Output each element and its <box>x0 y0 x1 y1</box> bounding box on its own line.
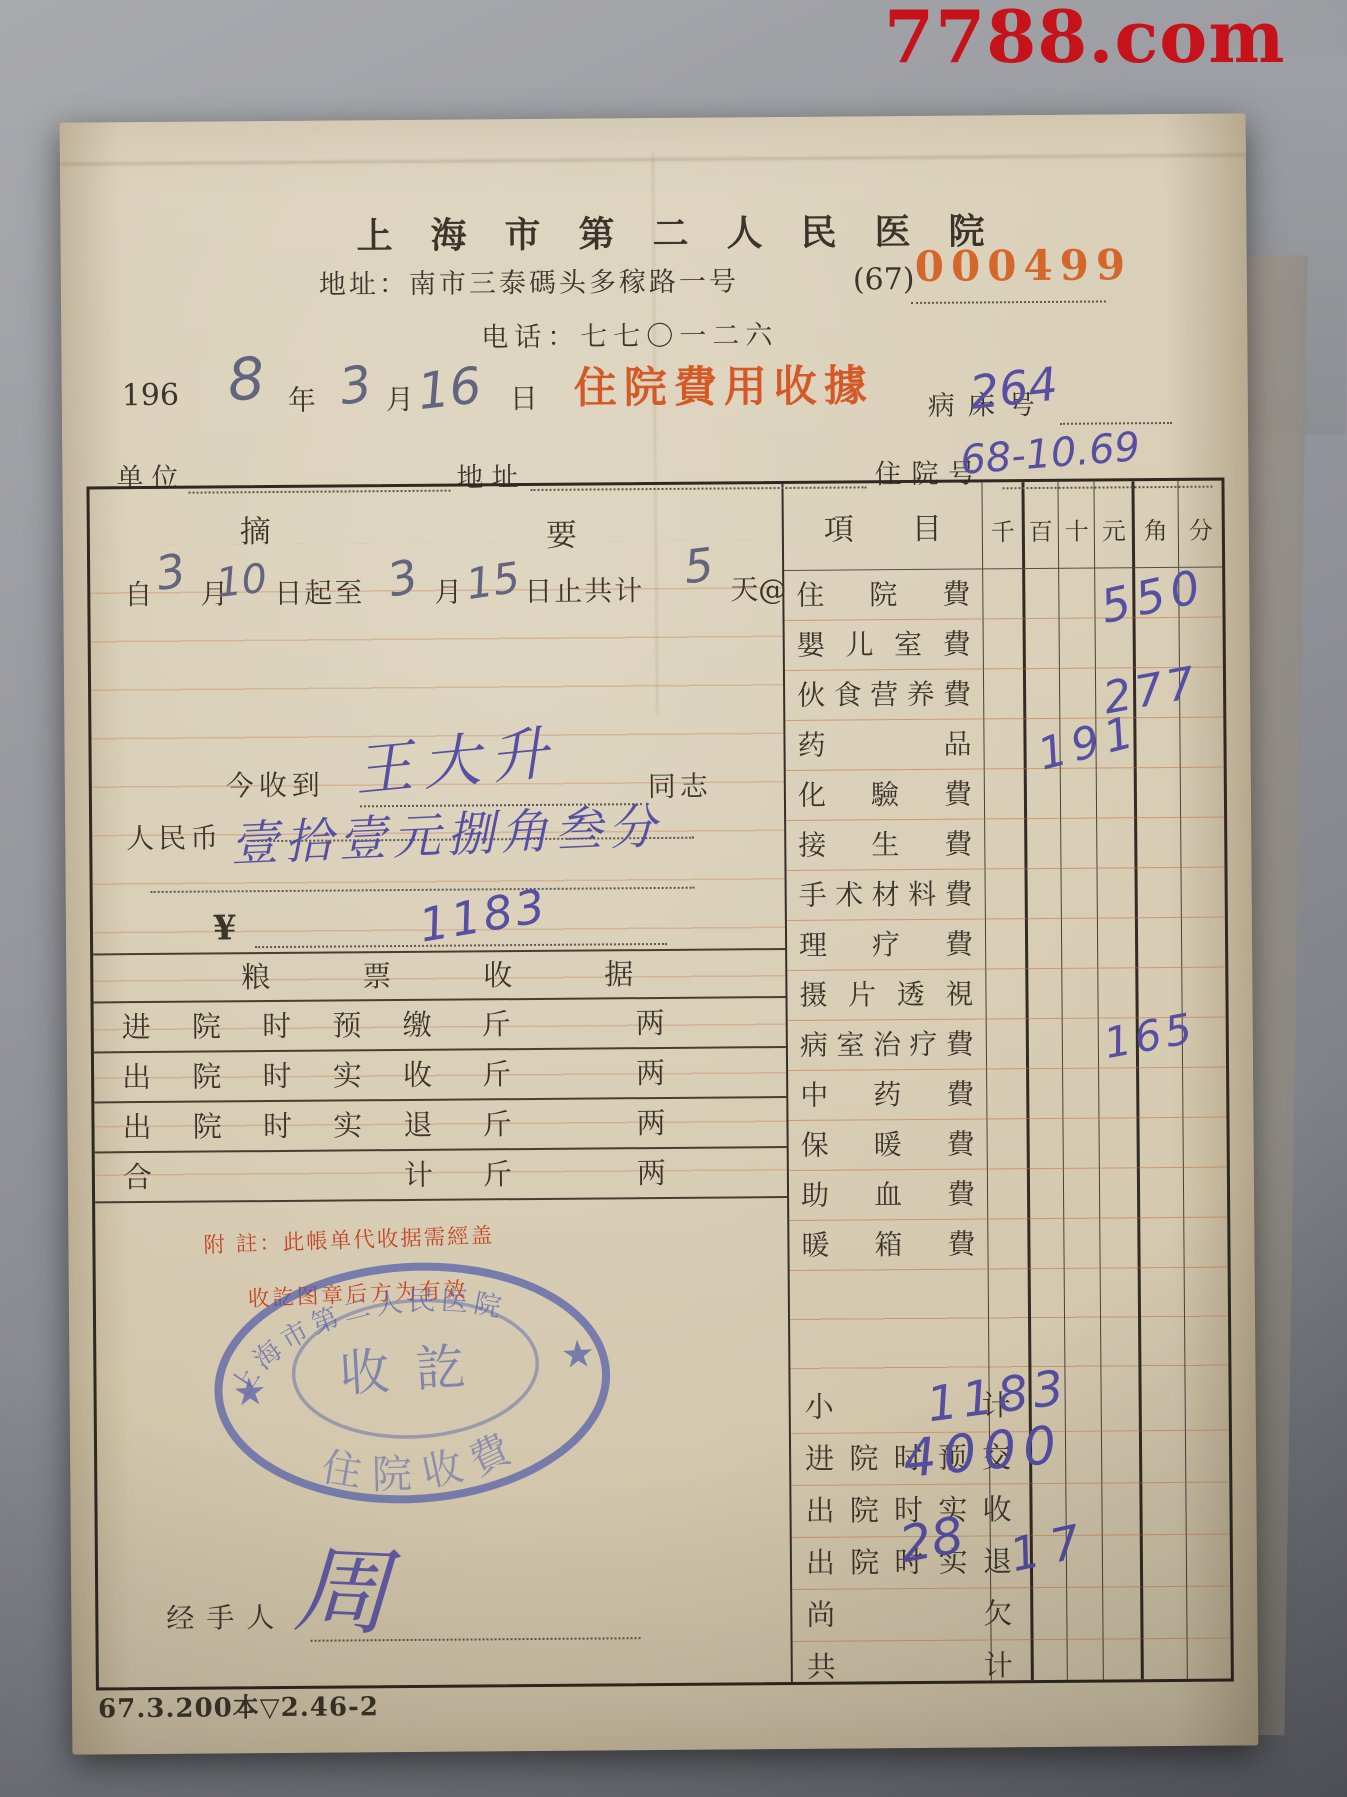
period-days-hand: 5 <box>681 537 716 594</box>
charge-row: 理疗費 <box>787 918 1227 971</box>
period-month2: 月 <box>434 571 462 611</box>
summary-header-right: 要 <box>546 510 577 555</box>
period-days-unit: 天@ <box>730 568 786 608</box>
item-header: 項 目 <box>783 482 982 570</box>
grain-row-label: 合计 <box>123 1151 433 1201</box>
digit-header-qian: 千 <box>988 512 1018 547</box>
period-end: 日止共计 <box>524 569 644 610</box>
charge-label: 手术材料費 <box>799 870 973 920</box>
hospital-round-stamp: 收訖 上海市第二人民医院 住院收費 ★ ★ <box>184 1232 640 1543</box>
stamp-star-right-icon: ★ <box>560 1331 597 1377</box>
day-unit: 日 <box>510 377 538 417</box>
stamp-center-text: 收訖 <box>338 1336 493 1403</box>
handler-label: 经手人 <box>166 1596 286 1637</box>
grain-ticket-table: 粮票收据 进院时预缴 斤 两 出院时实收 斤 两 出院时实退 斤 <box>93 948 787 1203</box>
grain-row-label: 出院时实收 <box>122 1051 432 1101</box>
grain-row: 进院时预缴 斤 两 <box>94 996 786 1051</box>
period-mid: 日起至 <box>274 571 364 612</box>
charge-label: 伙食营养費 <box>797 670 971 720</box>
charge-row: 中药費 <box>788 1068 1228 1121</box>
charge-label: 保暖費 <box>800 1120 974 1170</box>
charge-label: 病室治疗費 <box>800 1020 974 1070</box>
yen-sign: ¥ <box>213 908 237 948</box>
address-value: 南市三泰碼头多稼路一号 <box>409 266 739 300</box>
stamp-star-left-icon: ★ <box>231 1369 268 1415</box>
phone-line: 电话：七七〇一二六 <box>481 313 778 354</box>
charge-label: 中药費 <box>800 1070 974 1120</box>
charge-label: 理疗費 <box>799 920 973 970</box>
unit-liang: 两 <box>636 999 665 1047</box>
watermark-7788: 7788.com <box>884 0 1286 79</box>
charge-label: 药品 <box>797 720 971 770</box>
unit-jin: 斤 <box>482 1050 511 1098</box>
year-unit: 年 <box>288 379 316 419</box>
charges-column: 項 目 千 百 十 元 角 分 住院費 嬰儿室費 伙食营养費 药品 化驗費 接生… <box>781 481 1232 1682</box>
period-from: 自 <box>124 573 152 613</box>
admission-number-value: 68-10.69 <box>959 424 1142 484</box>
unit-liang: 两 <box>636 1099 665 1147</box>
period-day-from-hand: 10 <box>214 556 270 607</box>
month-unit: 月 <box>386 378 414 418</box>
digit-header-shi: 十 <box>1062 512 1092 547</box>
address-line: 地址：南市三泰碼头多稼路一号 <box>319 259 739 301</box>
grain-title-row: 粮票收据 <box>93 950 785 1001</box>
charge-row: 暖箱費 <box>789 1218 1229 1271</box>
print-code: 67.3.200本▽2.46-2 <box>98 1686 379 1725</box>
phone-label: 电话： <box>481 322 580 354</box>
grain-row: 出院时实收 斤 两 <box>94 1046 786 1101</box>
charge-row: 保暖費 <box>788 1118 1228 1171</box>
address-label: 地址： <box>319 269 409 301</box>
summary-header-left: 摘 <box>240 506 271 551</box>
unit-liang: 两 <box>637 1149 666 1197</box>
unit-jin: 斤 <box>482 1100 511 1148</box>
digit-header-fen: 分 <box>1186 511 1216 546</box>
unit-jin: 斤 <box>483 1150 512 1198</box>
received-label: 今收到 <box>226 764 325 805</box>
charge-row: 助血費 <box>789 1168 1229 1221</box>
charge-label: 暖箱費 <box>801 1220 975 1270</box>
grain-title: 粮票收据 <box>241 951 633 1000</box>
charges-header: 項 目 千 百 十 元 角 分 <box>783 481 1224 571</box>
digit-header-jiao: 角 <box>1141 511 1171 546</box>
receipt-paper: 上海市第二人民医院 地址：南市三泰碼头多稼路一号 (67) 000499 电话：… <box>60 113 1259 1754</box>
digit-header-yuan: 元 <box>1099 511 1129 546</box>
total-row: 尚欠 <box>792 1587 1232 1642</box>
charge-label: 助血費 <box>801 1170 975 1220</box>
photo-scene: 上海市第二人民医院 地址：南市三泰碼头多稼路一号 (67) 000499 电话：… <box>0 0 1347 1797</box>
blank-rows <box>790 1268 1231 1382</box>
total-row: 共计 <box>793 1639 1233 1691</box>
summary-column: 摘 要 自 月 日起至 月 日止共计 天@ 3 10 3 15 5 今收到 同志… <box>89 484 790 1687</box>
unit-liang: 两 <box>636 1049 665 1097</box>
charge-label: 接生費 <box>798 820 972 870</box>
charge-row: 化驗費 <box>786 768 1226 821</box>
charge-label: 嬰儿室費 <box>797 620 971 670</box>
item-header-right: 目 <box>912 504 942 548</box>
svg-text:住院收費: 住院收費 <box>315 1420 532 1504</box>
serial-underline <box>911 300 1106 304</box>
charge-label: 化驗費 <box>798 770 972 820</box>
rmb-label: 人民币 <box>126 816 222 857</box>
year-handwritten: 8 <box>225 344 267 415</box>
charge-row: 接生費 <box>786 818 1226 871</box>
charge-row: 手术材料費 <box>787 868 1227 921</box>
item-header-left: 項 <box>824 504 854 548</box>
charge-label: 住院費 <box>796 570 970 620</box>
amount-refund-yuan: 28 <box>895 1506 968 1575</box>
grain-row-label: 出院时实退 <box>122 1101 432 1151</box>
bed-number-value: 264 <box>967 356 1060 420</box>
doc-title: 住院費用收據 <box>573 352 873 415</box>
bed-number-line <box>1060 422 1172 425</box>
month-handwritten: 3 <box>336 354 376 416</box>
year-printed: 196 <box>122 378 180 413</box>
period-day-to-hand: 15 <box>463 553 523 609</box>
phone-value: 七七〇一二六 <box>580 320 778 353</box>
charge-label: 摄片透視 <box>799 970 973 1020</box>
grain-row-label: 进院时预缴 <box>122 1001 432 1051</box>
receipt-table: 摘 要 自 月 日起至 月 日止共计 天@ 3 10 3 15 5 今收到 同志… <box>86 478 1233 1691</box>
grain-row: 合计 斤 两 <box>95 1146 787 1203</box>
grain-row: 出院时实退 斤 两 <box>94 1096 786 1151</box>
total-label: 尚欠 <box>806 1588 1012 1641</box>
stamp-bottom-text: 住院收費 <box>315 1420 532 1504</box>
charge-row: 药品 <box>785 718 1225 771</box>
unit-jin: 斤 <box>482 1000 511 1048</box>
total-label: 共计 <box>807 1640 1013 1690</box>
day-handwritten: 16 <box>415 356 485 421</box>
serial-prefix: (67) <box>853 262 915 297</box>
digit-header-bai: 百 <box>1026 512 1056 547</box>
serial-number: 000499 <box>915 240 1133 291</box>
